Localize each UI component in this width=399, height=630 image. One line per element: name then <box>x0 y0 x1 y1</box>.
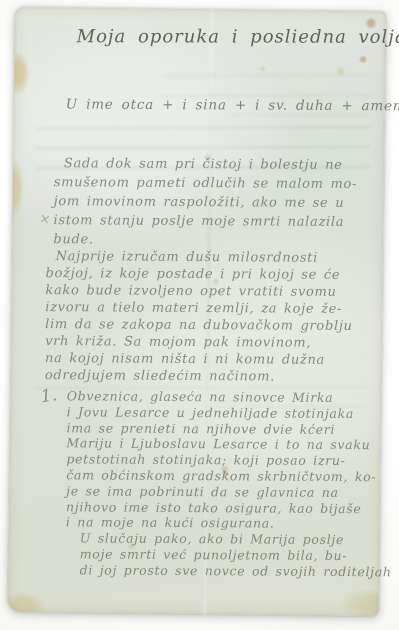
manuscript-line: Obveznica, glaseća na sinovce Mirka <box>67 388 393 406</box>
manuscript-line: vrh križa. Sa mojom pak imovinom, <box>45 333 353 352</box>
manuscript-line: Sada dok sam pri čistoj i bolestju ne <box>54 154 358 175</box>
margin-x-mark: × <box>38 211 52 228</box>
paragraph-marker: 1. <box>39 385 58 407</box>
paragraph-preamble: Sada dok sam pri čistoj i bolestju ne sm… <box>53 154 357 251</box>
invocation-line: U ime otca + i sina + i sv. duha + amen <box>66 97 399 115</box>
manuscript-line: čam obćinskom gradskom skrbničtvom, ko- <box>66 467 392 485</box>
manuscript-line: smušenom pameti odlučih se malom mo- <box>54 173 358 194</box>
manuscript-line: Najprije izručam dušu milosrdnosti <box>46 248 354 267</box>
manuscript-line: kako bude izvoljeno opet vratiti svomu <box>45 282 353 301</box>
paragraph-item-1-bequest: 1. Obveznica, glaseća na sinovce Mirka i… <box>40 388 393 580</box>
manuscript-line: je se ima pobrinuti da se glavnica na <box>66 483 392 501</box>
manuscript-line: božjoj, iz koje postade i pri kojoj se ć… <box>45 265 353 284</box>
manuscript-line: istom stanju poslje moje smrti nalazila <box>53 211 357 232</box>
manuscript-line: i Jovu Lesarce u jednehiljade stotinjaka <box>67 404 393 422</box>
foxing-spot <box>260 67 265 71</box>
manuscript-line: odredjujem sliedećim načinom. <box>45 367 353 386</box>
manuscript-line: di joj prosto sve novce od svojih rodite… <box>66 562 392 580</box>
manuscript-line: jom imovinom raspoložiti, ako me se u <box>54 192 358 213</box>
manuscript-line: izvoru a tielo materi zemlji, za koje že… <box>45 299 353 318</box>
manuscript-line: lim da se zakopa na dubovačkom groblju <box>45 316 353 335</box>
paragraph-soul-and-burial: Najprije izručam dušu milosrdnosti božjo… <box>45 248 353 386</box>
manuscript-line: moje smrti već punoljetnom bila, bu- <box>66 546 392 564</box>
document-title: Moja oporuka i posliedna volja <box>77 26 399 48</box>
manuscript-line: na kojoj nisam ništa i ni komu dužna <box>45 350 353 369</box>
manuscript-page: Moja oporuka i posliedna volja U ime otc… <box>8 7 386 616</box>
